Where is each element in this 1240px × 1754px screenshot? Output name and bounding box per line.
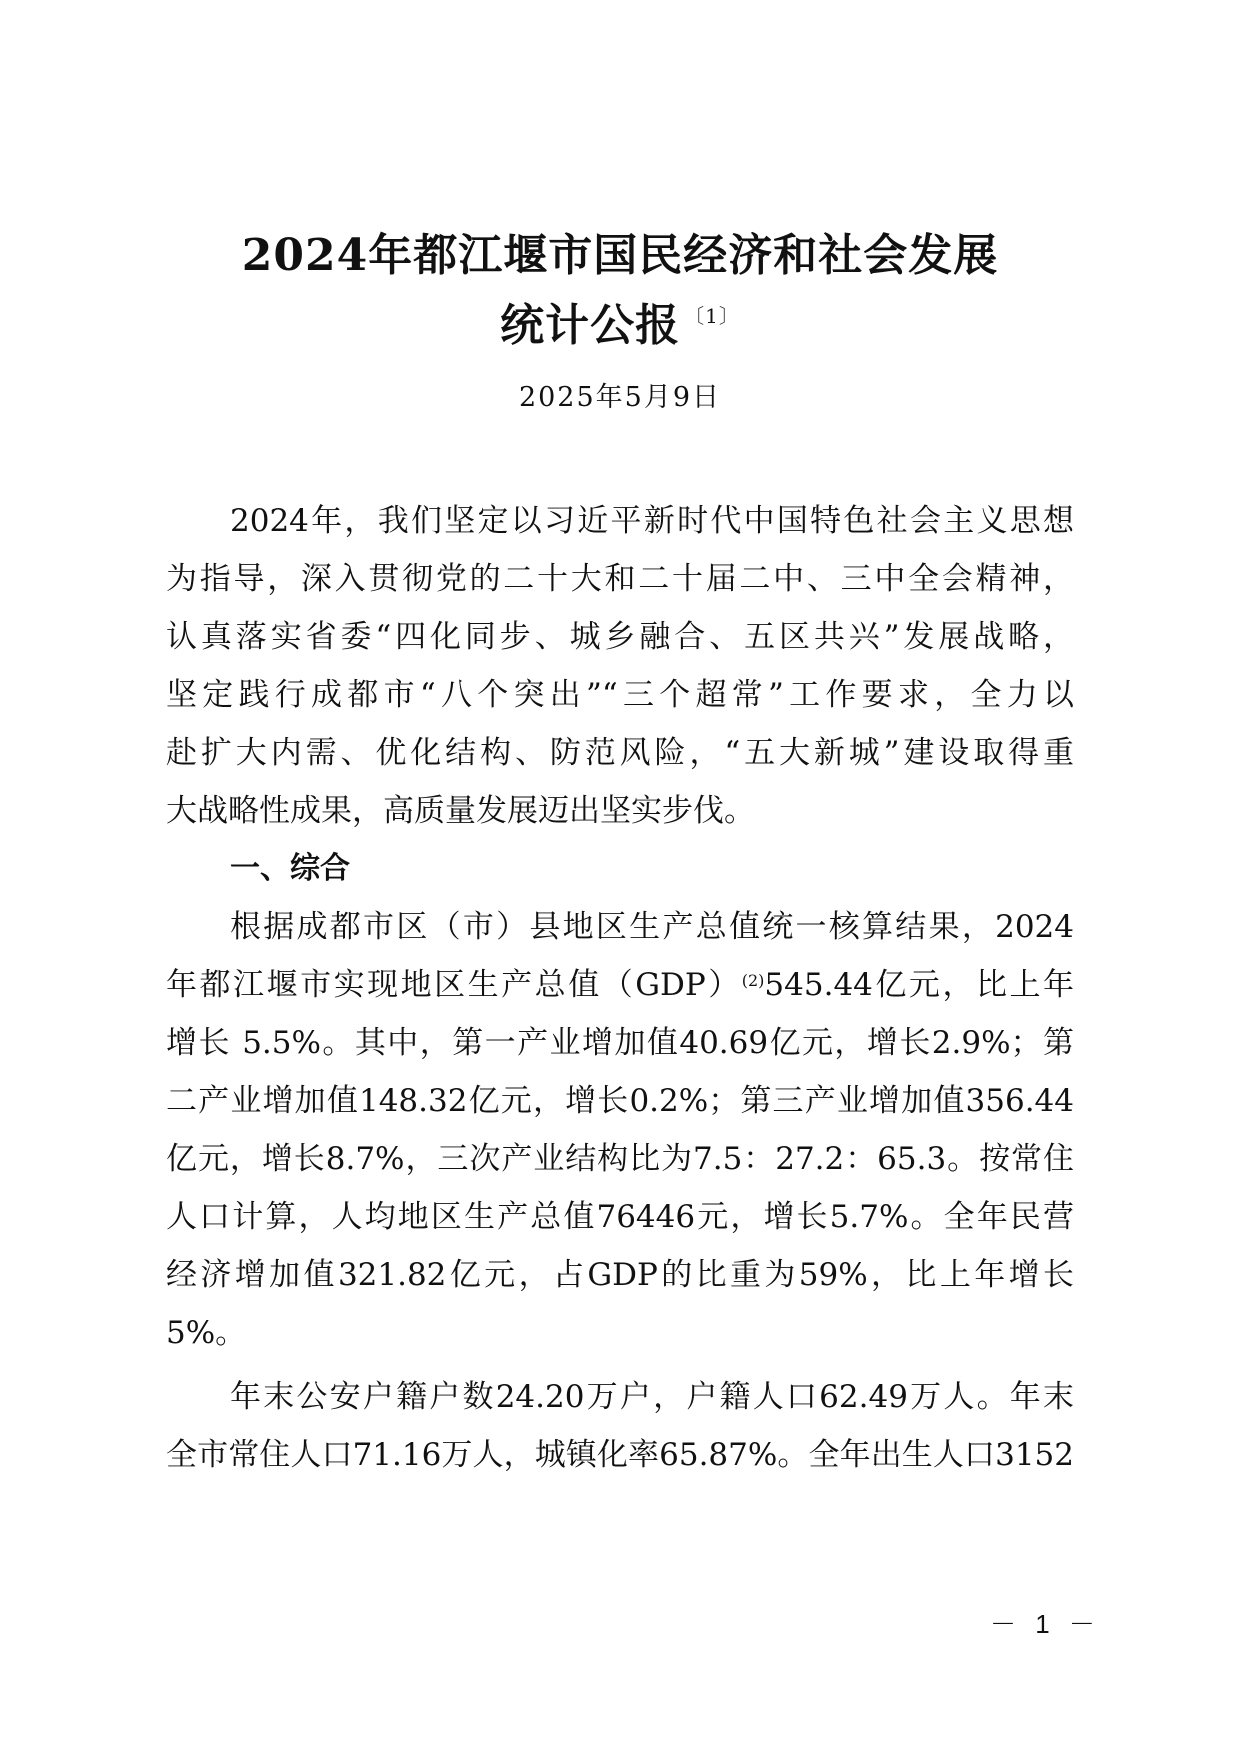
gdp-line-text: 545.44亿元，比上年 — [764, 967, 1074, 1003]
intro-line: 2024年，我们坚定以习近平新时代中国特色社会主义思想 — [166, 492, 1074, 550]
publish-date: 2025年5月9日 — [0, 375, 1240, 414]
gdp-line: 5%。 — [166, 1304, 1074, 1362]
gdp-line: 二产业增加值148.32亿元，增长0.2%；第三产业增加值356.44 — [166, 1072, 1074, 1130]
population-line: 全市常住人口71.16万人，城镇化率65.87%。全年出生人口3152 — [166, 1426, 1074, 1484]
intro-line: 大战略性成果，高质量发展迈出坚实步伐。 — [166, 782, 1074, 840]
gdp-footnote-marker[interactable]: (2) — [742, 971, 765, 990]
gdp-line-text: 年都江堰市实现地区生产总值（GDP） — [166, 967, 742, 1003]
gdp-line: 经济增加值321.82亿元，占GDP的比重为59%，比上年增长 — [166, 1246, 1074, 1304]
gdp-line: 根据成都市区（市）县地区生产总值统一核算结果，2024 — [166, 898, 1074, 956]
intro-line: 认真落实省委“四化同步、城乡融合、五区共兴”发展战略， — [166, 608, 1074, 666]
document-title-line1: 2024年都江堰市国民经济和社会发展 — [0, 234, 1240, 278]
document-page: 2024年都江堰市国民经济和社会发展 统计公报〔1〕 2025年5月9日 202… — [0, 0, 1240, 1754]
title-footnote-marker[interactable]: 〔1〕 — [684, 304, 740, 328]
intro-line: 为指导，深入贯彻党的二十大和二十届二中、三中全会精神， — [166, 550, 1074, 608]
gdp-line: 人口计算，人均地区生产总值76446元，增长5.7%。全年民营 — [166, 1188, 1074, 1246]
gdp-line: 年都江堰市实现地区生产总值（GDP）(2)545.44亿元，比上年 — [166, 956, 1074, 1014]
population-paragraph: 年末公安户籍户数24.20万户，户籍人口62.49万人。年末 全市常住人口71.… — [166, 1368, 1074, 1484]
gdp-line: 亿元，增长8.7%，三次产业结构比为7.5：27.2：65.3。按常住 — [166, 1130, 1074, 1188]
page-number: － 1 － — [990, 1604, 1101, 1641]
intro-line: 赴扩大内需、优化结构、防范风险，“五大新城”建设取得重 — [166, 724, 1074, 782]
document-body: 2024年，我们坚定以习近平新时代中国特色社会主义思想 为指导，深入贯彻党的二十… — [166, 492, 1074, 1484]
intro-line: 坚定践行成都市“八个突出”“三个超常”工作要求，全力以 — [166, 666, 1074, 724]
gdp-line: 增长 5.5%。其中，第一产业增加值40.69亿元，增长2.9%；第 — [166, 1014, 1074, 1072]
document-title-text: 统计公报 — [500, 300, 680, 351]
intro-paragraph: 2024年，我们坚定以习近平新时代中国特色社会主义思想 为指导，深入贯彻党的二十… — [166, 492, 1074, 840]
population-line: 年末公安户籍户数24.20万户，户籍人口62.49万人。年末 — [166, 1368, 1074, 1426]
gdp-paragraph: 根据成都市区（市）县地区生产总值统一核算结果，2024 年都江堰市实现地区生产总… — [166, 898, 1074, 1362]
section-heading-overview: 一、综合 — [166, 840, 1074, 898]
document-title-line2: 统计公报〔1〕 — [0, 304, 1240, 348]
